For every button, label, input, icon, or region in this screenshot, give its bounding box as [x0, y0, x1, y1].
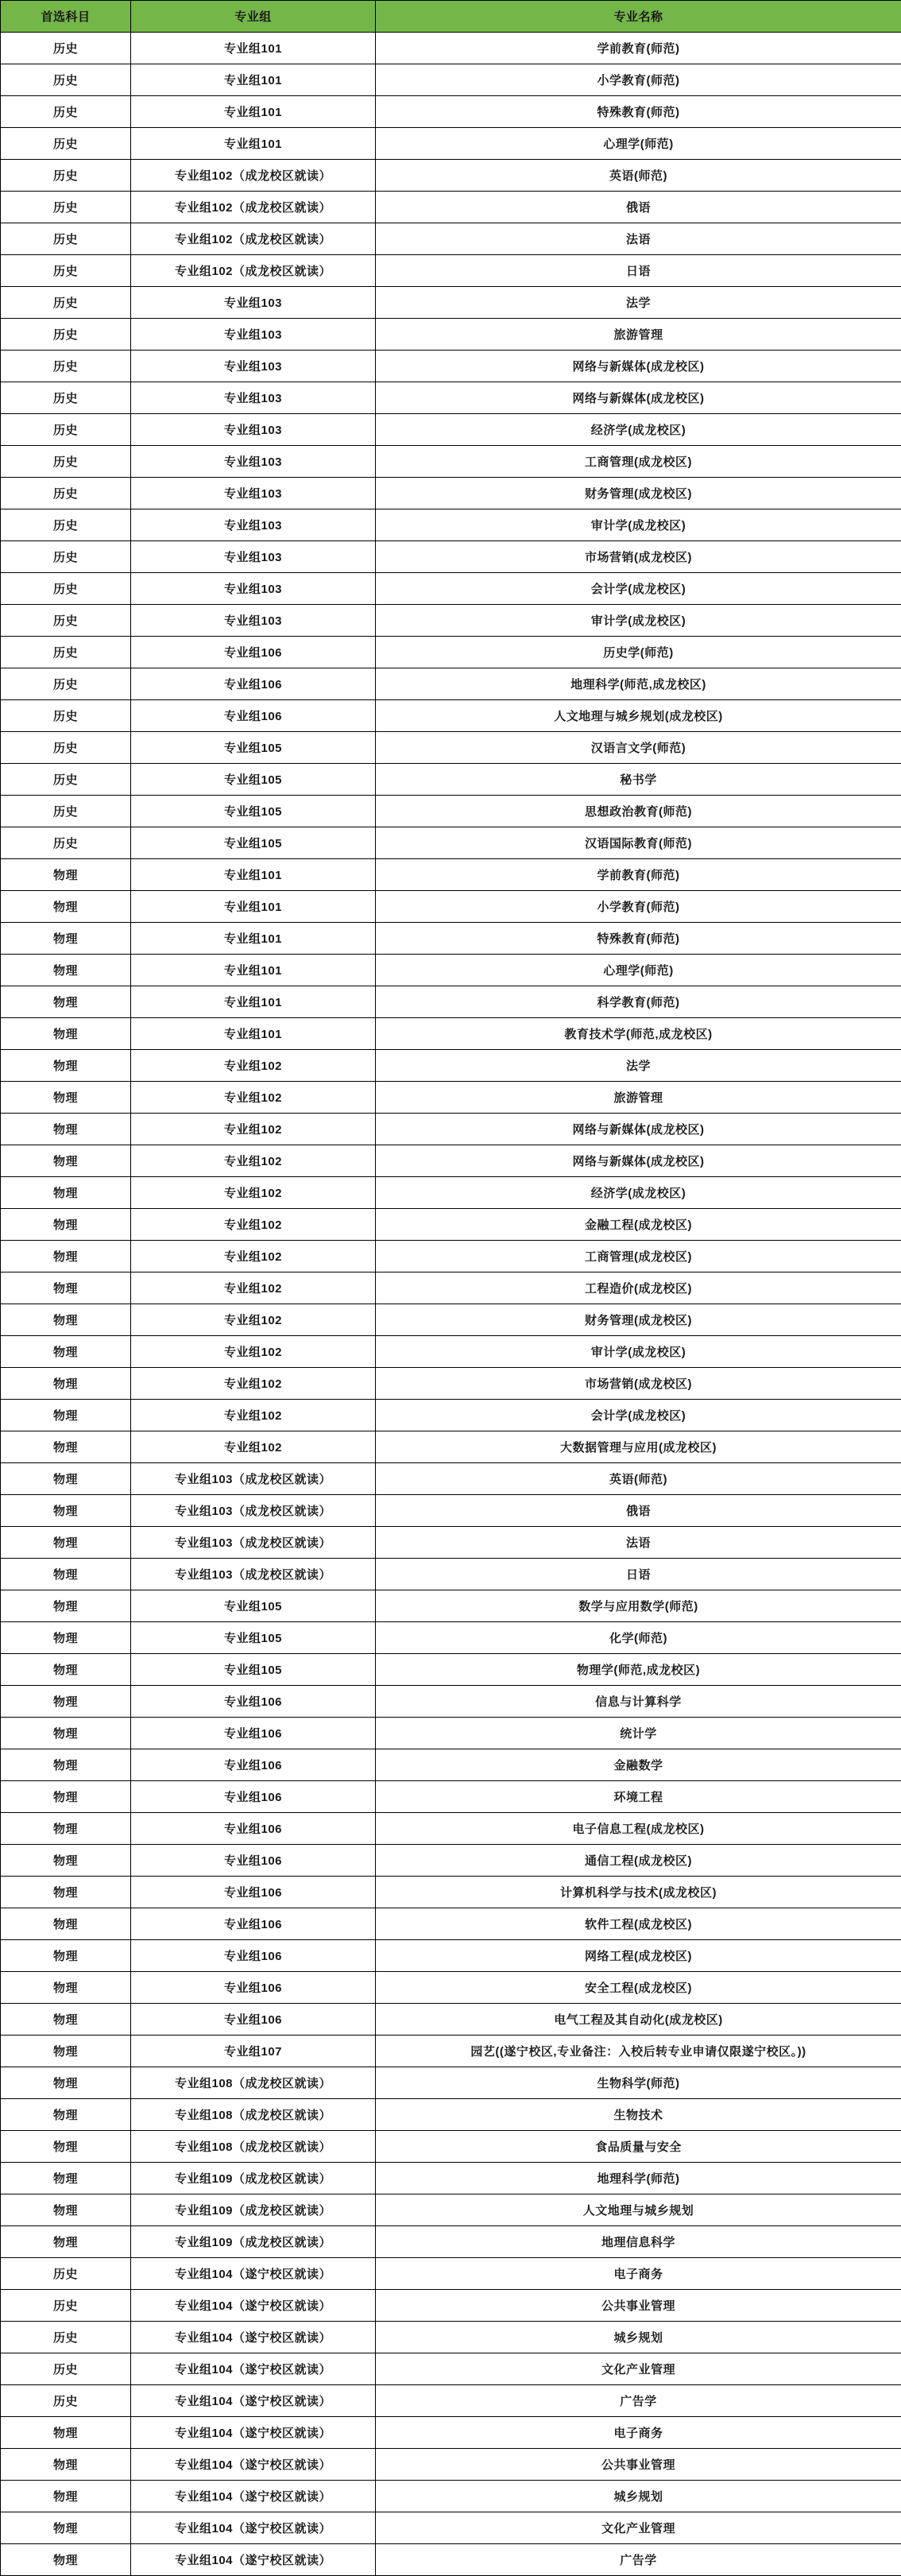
cell-preferred-subject: 历史 — [1, 223, 131, 255]
cell-major-group: 专业组107 — [131, 2036, 376, 2067]
table-row: 物理专业组101心理学(师范) — [1, 955, 901, 986]
table-row: 物理专业组104（遂宁校区就读）广告学 — [1, 2544, 901, 2576]
table-row: 历史专业组102（成龙校区就读）英语(师范) — [1, 160, 901, 192]
cell-major-name: 心理学(师范) — [376, 128, 901, 160]
cell-preferred-subject: 历史 — [1, 351, 131, 382]
cell-preferred-subject: 历史 — [1, 541, 131, 573]
cell-major-name: 软件工程(成龙校区) — [376, 1908, 901, 1940]
cell-preferred-subject: 物理 — [1, 1050, 131, 1082]
cell-major-name: 特殊教育(师范) — [376, 96, 901, 128]
table-row: 历史专业组104（遂宁校区就读）文化产业管理 — [1, 2353, 901, 2385]
table-row: 历史专业组103审计学(成龙校区) — [1, 605, 901, 637]
cell-major-name: 生物科学(师范) — [376, 2067, 901, 2099]
cell-preferred-subject: 历史 — [1, 605, 131, 637]
cell-major-name: 思想政治教育(师范) — [376, 796, 901, 827]
table-row: 物理专业组102法学 — [1, 1050, 901, 1082]
cell-major-group: 专业组104（遂宁校区就读） — [131, 2449, 376, 2481]
cell-major-name: 工程造价(成龙校区) — [376, 1273, 901, 1304]
cell-major-name: 英语(师范) — [376, 160, 901, 192]
cell-preferred-subject: 物理 — [1, 1749, 131, 1781]
cell-preferred-subject: 历史 — [1, 33, 131, 64]
cell-major-name: 大数据管理与应用(成龙校区) — [376, 1431, 901, 1463]
table-row: 物理专业组108（成龙校区就读）食品质量与安全 — [1, 2131, 901, 2163]
cell-preferred-subject: 物理 — [1, 2417, 131, 2449]
cell-major-name: 审计学(成龙校区) — [376, 1336, 901, 1368]
cell-preferred-subject: 物理 — [1, 1114, 131, 1145]
cell-major-name: 历史学(师范) — [376, 637, 901, 668]
cell-major-group: 专业组101 — [131, 891, 376, 923]
table-row: 历史专业组102（成龙校区就读）俄语 — [1, 192, 901, 223]
cell-preferred-subject: 物理 — [1, 1241, 131, 1273]
cell-major-name: 网络与新媒体(成龙校区) — [376, 351, 901, 382]
cell-major-name: 旅游管理 — [376, 1082, 901, 1114]
table-row: 物理专业组102经济学(成龙校区) — [1, 1177, 901, 1209]
cell-preferred-subject: 历史 — [1, 478, 131, 509]
table-row: 物理专业组102审计学(成龙校区) — [1, 1336, 901, 1368]
cell-major-group: 专业组104（遂宁校区就读） — [131, 2322, 376, 2353]
table-row: 物理专业组103（成龙校区就读）日语 — [1, 1559, 901, 1590]
cell-preferred-subject: 物理 — [1, 891, 131, 923]
cell-major-group: 专业组103 — [131, 478, 376, 509]
header-preferred-subject: 首选科目 — [1, 1, 131, 33]
cell-major-group: 专业组106 — [131, 1686, 376, 1718]
cell-major-group: 专业组106 — [131, 637, 376, 668]
cell-major-group: 专业组105 — [131, 827, 376, 859]
table-row: 物理专业组102金融工程(成龙校区) — [1, 1209, 901, 1241]
table-row: 物理专业组103（成龙校区就读）英语(师范) — [1, 1463, 901, 1495]
table-row: 物理专业组108（成龙校区就读）生物技术 — [1, 2099, 901, 2131]
cell-major-group: 专业组103 — [131, 446, 376, 478]
cell-preferred-subject: 物理 — [1, 1908, 131, 1940]
cell-major-name: 地理科学(师范,成龙校区) — [376, 668, 901, 700]
cell-preferred-subject: 物理 — [1, 859, 131, 891]
cell-major-group: 专业组106 — [131, 1972, 376, 2004]
cell-preferred-subject: 物理 — [1, 1463, 131, 1495]
table-row: 物理专业组101学前教育(师范) — [1, 859, 901, 891]
table-row: 物理专业组104（遂宁校区就读）电子商务 — [1, 2417, 901, 2449]
cell-major-name: 化学(师范) — [376, 1622, 901, 1654]
table-row: 物理专业组101教育技术学(师范,成龙校区) — [1, 1018, 901, 1050]
cell-preferred-subject: 物理 — [1, 2036, 131, 2067]
cell-major-name: 秘书学 — [376, 764, 901, 796]
cell-preferred-subject: 历史 — [1, 827, 131, 859]
table-row: 历史专业组105思想政治教育(师范) — [1, 796, 901, 827]
table-row: 历史专业组103工商管理(成龙校区) — [1, 446, 901, 478]
table-row: 物理专业组104（遂宁校区就读）公共事业管理 — [1, 2449, 901, 2481]
cell-major-name: 法学 — [376, 1050, 901, 1082]
cell-preferred-subject: 物理 — [1, 2544, 131, 2576]
cell-major-group: 专业组104（遂宁校区就读） — [131, 2512, 376, 2544]
cell-preferred-subject: 历史 — [1, 64, 131, 96]
cell-preferred-subject: 历史 — [1, 2290, 131, 2322]
cell-preferred-subject: 物理 — [1, 1177, 131, 1209]
cell-major-group: 专业组106 — [131, 700, 376, 732]
cell-major-group: 专业组103 — [131, 351, 376, 382]
cell-preferred-subject: 历史 — [1, 192, 131, 223]
table-row: 历史专业组102（成龙校区就读）法语 — [1, 223, 901, 255]
table-row: 物理专业组102财务管理(成龙校区) — [1, 1304, 901, 1336]
cell-major-group: 专业组106 — [131, 1813, 376, 1845]
cell-major-group: 专业组102（成龙校区就读） — [131, 160, 376, 192]
table-row: 物理专业组106安全工程(成龙校区) — [1, 1972, 901, 2004]
cell-preferred-subject: 物理 — [1, 1718, 131, 1749]
cell-major-group: 专业组104（遂宁校区就读） — [131, 2417, 376, 2449]
cell-major-group: 专业组101 — [131, 986, 376, 1018]
cell-preferred-subject: 物理 — [1, 923, 131, 955]
cell-major-name: 物理学(师范,成龙校区) — [376, 1654, 901, 1686]
cell-preferred-subject: 历史 — [1, 700, 131, 732]
cell-major-group: 专业组102 — [131, 1114, 376, 1145]
cell-preferred-subject: 历史 — [1, 255, 131, 287]
cell-preferred-subject: 物理 — [1, 1972, 131, 2004]
cell-major-name: 学前教育(师范) — [376, 859, 901, 891]
table-row: 历史专业组101学前教育(师范) — [1, 33, 901, 64]
cell-major-group: 专业组102（成龙校区就读） — [131, 223, 376, 255]
cell-preferred-subject: 物理 — [1, 2194, 131, 2226]
cell-preferred-subject: 物理 — [1, 1622, 131, 1654]
cell-preferred-subject: 物理 — [1, 955, 131, 986]
header-row: 首选科目 专业组 专业名称 — [1, 1, 901, 33]
cell-preferred-subject: 物理 — [1, 1336, 131, 1368]
cell-major-group: 专业组103 — [131, 319, 376, 351]
table-row: 历史专业组106人文地理与城乡规划(成龙校区) — [1, 700, 901, 732]
cell-major-name: 俄语 — [376, 1495, 901, 1527]
table-row: 物理专业组109（成龙校区就读）地理科学(师范) — [1, 2163, 901, 2194]
table-row: 物理专业组102旅游管理 — [1, 1082, 901, 1114]
cell-major-name: 人文地理与城乡规划(成龙校区) — [376, 700, 901, 732]
cell-major-group: 专业组103（成龙校区就读） — [131, 1463, 376, 1495]
table-row: 物理专业组102工商管理(成龙校区) — [1, 1241, 901, 1273]
table-row: 物理专业组106电子信息工程(成龙校区) — [1, 1813, 901, 1845]
cell-preferred-subject: 物理 — [1, 2449, 131, 2481]
cell-major-group: 专业组103 — [131, 573, 376, 605]
table-row: 物理专业组102工程造价(成龙校区) — [1, 1273, 901, 1304]
cell-major-name: 日语 — [376, 255, 901, 287]
cell-preferred-subject: 物理 — [1, 1209, 131, 1241]
cell-preferred-subject: 物理 — [1, 1813, 131, 1845]
table-row: 物理专业组105化学(师范) — [1, 1622, 901, 1654]
cell-preferred-subject: 历史 — [1, 446, 131, 478]
cell-major-group: 专业组102 — [131, 1082, 376, 1114]
table-row: 物理专业组105数学与应用数学(师范) — [1, 1590, 901, 1622]
cell-major-name: 园艺((遂宁校区,专业备注：入校后转专业申请仅限遂宁校区。)) — [376, 2036, 901, 2067]
table-row: 物理专业组109（成龙校区就读）人文地理与城乡规划 — [1, 2194, 901, 2226]
table-row: 历史专业组104（遂宁校区就读）城乡规划 — [1, 2322, 901, 2353]
table-row: 物理专业组102网络与新媒体(成龙校区) — [1, 1114, 901, 1145]
table-row: 物理专业组106电气工程及其自动化(成龙校区) — [1, 2004, 901, 2036]
cell-major-group: 专业组103 — [131, 414, 376, 446]
table-row: 物理专业组101科学教育(师范) — [1, 986, 901, 1018]
cell-major-group: 专业组102 — [131, 1241, 376, 1273]
cell-major-group: 专业组102 — [131, 1050, 376, 1082]
table-row: 历史专业组104（遂宁校区就读）电子商务 — [1, 2258, 901, 2290]
cell-major-name: 俄语 — [376, 192, 901, 223]
cell-preferred-subject: 物理 — [1, 1559, 131, 1590]
cell-major-group: 专业组108（成龙校区就读） — [131, 2067, 376, 2099]
table-row: 历史专业组103审计学(成龙校区) — [1, 509, 901, 541]
cell-major-name: 环境工程 — [376, 1781, 901, 1813]
table-row: 物理专业组106软件工程(成龙校区) — [1, 1908, 901, 1940]
cell-major-name: 电子商务 — [376, 2417, 901, 2449]
admission-plan-table: 首选科目 专业组 专业名称 历史专业组101学前教育(师范)历史专业组101小学… — [0, 0, 901, 2576]
table-row: 历史专业组103财务管理(成龙校区) — [1, 478, 901, 509]
cell-major-group: 专业组102 — [131, 1304, 376, 1336]
table-row: 历史专业组104（遂宁校区就读）公共事业管理 — [1, 2290, 901, 2322]
table-row: 物理专业组102会计学(成龙校区) — [1, 1400, 901, 1431]
table-row: 物理专业组106计算机科学与技术(成龙校区) — [1, 1877, 901, 1908]
cell-major-name: 网络与新媒体(成龙校区) — [376, 1114, 901, 1145]
cell-major-group: 专业组103 — [131, 605, 376, 637]
cell-major-group: 专业组101 — [131, 128, 376, 160]
table-row: 物理专业组102市场营销(成龙校区) — [1, 1368, 901, 1400]
cell-major-group: 专业组101 — [131, 64, 376, 96]
cell-major-group: 专业组105 — [131, 1590, 376, 1622]
table-row: 历史专业组106地理科学(师范,成龙校区) — [1, 668, 901, 700]
table-row: 物理专业组107园艺((遂宁校区,专业备注：入校后转专业申请仅限遂宁校区。)) — [1, 2036, 901, 2067]
cell-preferred-subject: 历史 — [1, 319, 131, 351]
cell-major-name: 电子信息工程(成龙校区) — [376, 1813, 901, 1845]
cell-major-name: 小学教育(师范) — [376, 891, 901, 923]
table-row: 物理专业组102大数据管理与应用(成龙校区) — [1, 1431, 901, 1463]
cell-major-group: 专业组102 — [131, 1400, 376, 1431]
cell-preferred-subject: 物理 — [1, 1431, 131, 1463]
cell-major-name: 统计学 — [376, 1718, 901, 1749]
cell-major-group: 专业组108（成龙校区就读） — [131, 2099, 376, 2131]
table-row: 历史专业组103网络与新媒体(成龙校区) — [1, 382, 901, 414]
table-row: 历史专业组105汉语国际教育(师范) — [1, 827, 901, 859]
cell-preferred-subject: 历史 — [1, 414, 131, 446]
cell-major-group: 专业组103（成龙校区就读） — [131, 1495, 376, 1527]
cell-major-name: 生物技术 — [376, 2099, 901, 2131]
cell-major-group: 专业组109（成龙校区就读） — [131, 2226, 376, 2258]
cell-major-name: 城乡规划 — [376, 2481, 901, 2512]
table-row: 物理专业组101特殊教育(师范) — [1, 923, 901, 955]
table-row: 物理专业组101小学教育(师范) — [1, 891, 901, 923]
cell-major-name: 市场营销(成龙校区) — [376, 1368, 901, 1400]
cell-major-group: 专业组105 — [131, 1654, 376, 1686]
cell-major-name: 工商管理(成龙校区) — [376, 446, 901, 478]
cell-major-group: 专业组106 — [131, 1908, 376, 1940]
cell-major-group: 专业组104（遂宁校区就读） — [131, 2258, 376, 2290]
table-row: 物理专业组106通信工程(成龙校区) — [1, 1845, 901, 1877]
cell-major-name: 汉语国际教育(师范) — [376, 827, 901, 859]
cell-major-group: 专业组102 — [131, 1209, 376, 1241]
cell-preferred-subject: 物理 — [1, 2004, 131, 2036]
cell-major-name: 工商管理(成龙校区) — [376, 1241, 901, 1273]
cell-major-group: 专业组101 — [131, 33, 376, 64]
cell-major-name: 小学教育(师范) — [376, 64, 901, 96]
cell-major-name: 科学教育(师范) — [376, 986, 901, 1018]
cell-major-name: 汉语言文学(师范) — [376, 732, 901, 764]
cell-major-name: 会计学(成龙校区) — [376, 1400, 901, 1431]
cell-major-group: 专业组101 — [131, 859, 376, 891]
table-row: 物理专业组103（成龙校区就读）法语 — [1, 1527, 901, 1559]
cell-preferred-subject: 历史 — [1, 382, 131, 414]
cell-preferred-subject: 历史 — [1, 732, 131, 764]
table-row: 物理专业组104（遂宁校区就读）城乡规划 — [1, 2481, 901, 2512]
cell-major-name: 旅游管理 — [376, 319, 901, 351]
cell-preferred-subject: 历史 — [1, 637, 131, 668]
cell-major-group: 专业组102 — [131, 1336, 376, 1368]
cell-preferred-subject: 历史 — [1, 796, 131, 827]
table-row: 历史专业组104（遂宁校区就读）广告学 — [1, 2385, 901, 2417]
cell-major-group: 专业组103（成龙校区就读） — [131, 1559, 376, 1590]
cell-major-name: 安全工程(成龙校区) — [376, 1972, 901, 2004]
cell-major-group: 专业组103（成龙校区就读） — [131, 1527, 376, 1559]
cell-major-group: 专业组103 — [131, 287, 376, 319]
cell-major-name: 通信工程(成龙校区) — [376, 1845, 901, 1877]
cell-major-group: 专业组108（成龙校区就读） — [131, 2131, 376, 2163]
cell-major-name: 地理信息科学 — [376, 2226, 901, 2258]
cell-major-group: 专业组104（遂宁校区就读） — [131, 2544, 376, 2576]
table-row: 历史专业组103市场营销(成龙校区) — [1, 541, 901, 573]
cell-major-name: 特殊教育(师范) — [376, 923, 901, 955]
cell-major-group: 专业组106 — [131, 668, 376, 700]
cell-preferred-subject: 物理 — [1, 1590, 131, 1622]
cell-major-name: 文化产业管理 — [376, 2353, 901, 2385]
table-row: 物理专业组103（成龙校区就读）俄语 — [1, 1495, 901, 1527]
cell-major-group: 专业组106 — [131, 2004, 376, 2036]
table-row: 物理专业组105物理学(师范,成龙校区) — [1, 1654, 901, 1686]
cell-preferred-subject: 物理 — [1, 1273, 131, 1304]
table-row: 物理专业组104（遂宁校区就读）文化产业管理 — [1, 2512, 901, 2544]
cell-major-name: 信息与计算科学 — [376, 1686, 901, 1718]
cell-major-name: 食品质量与安全 — [376, 2131, 901, 2163]
cell-major-name: 法学 — [376, 287, 901, 319]
cell-major-group: 专业组106 — [131, 1877, 376, 1908]
table-row: 物理专业组106统计学 — [1, 1718, 901, 1749]
cell-major-name: 会计学(成龙校区) — [376, 573, 901, 605]
cell-major-name: 教育技术学(师范,成龙校区) — [376, 1018, 901, 1050]
cell-major-group: 专业组102 — [131, 1145, 376, 1177]
table-row: 历史专业组103旅游管理 — [1, 319, 901, 351]
cell-major-name: 网络与新媒体(成龙校区) — [376, 382, 901, 414]
cell-preferred-subject: 物理 — [1, 2163, 131, 2194]
cell-major-name: 计算机科学与技术(成龙校区) — [376, 1877, 901, 1908]
cell-major-name: 公共事业管理 — [376, 2449, 901, 2481]
cell-major-name: 财务管理(成龙校区) — [376, 1304, 901, 1336]
cell-major-name: 广告学 — [376, 2385, 901, 2417]
cell-major-group: 专业组104（遂宁校区就读） — [131, 2290, 376, 2322]
cell-preferred-subject: 历史 — [1, 287, 131, 319]
cell-preferred-subject: 物理 — [1, 1781, 131, 1813]
cell-preferred-subject: 物理 — [1, 1145, 131, 1177]
cell-preferred-subject: 物理 — [1, 2099, 131, 2131]
cell-preferred-subject: 历史 — [1, 96, 131, 128]
cell-preferred-subject: 历史 — [1, 2258, 131, 2290]
cell-major-group: 专业组103 — [131, 541, 376, 573]
cell-major-group: 专业组106 — [131, 1781, 376, 1813]
cell-major-name: 法语 — [376, 223, 901, 255]
cell-preferred-subject: 物理 — [1, 2131, 131, 2163]
cell-major-name: 金融数学 — [376, 1749, 901, 1781]
cell-preferred-subject: 物理 — [1, 1400, 131, 1431]
table-row: 物理专业组106网络工程(成龙校区) — [1, 1940, 901, 1972]
cell-preferred-subject: 物理 — [1, 1527, 131, 1559]
table-row: 物理专业组102网络与新媒体(成龙校区) — [1, 1145, 901, 1177]
table-row: 物理专业组106环境工程 — [1, 1781, 901, 1813]
cell-major-group: 专业组101 — [131, 1018, 376, 1050]
cell-preferred-subject: 物理 — [1, 1495, 131, 1527]
table-row: 历史专业组103经济学(成龙校区) — [1, 414, 901, 446]
cell-major-group: 专业组102（成龙校区就读） — [131, 192, 376, 223]
table-row: 历史专业组101小学教育(师范) — [1, 64, 901, 96]
table-row: 历史专业组103法学 — [1, 287, 901, 319]
cell-major-name: 经济学(成龙校区) — [376, 1177, 901, 1209]
cell-major-name: 数学与应用数学(师范) — [376, 1590, 901, 1622]
cell-preferred-subject: 物理 — [1, 1877, 131, 1908]
cell-major-group: 专业组106 — [131, 1718, 376, 1749]
cell-major-group: 专业组102 — [131, 1177, 376, 1209]
cell-major-group: 专业组101 — [131, 955, 376, 986]
cell-major-group: 专业组102（成龙校区就读） — [131, 255, 376, 287]
cell-preferred-subject: 历史 — [1, 764, 131, 796]
cell-major-name: 电子商务 — [376, 2258, 901, 2290]
cell-preferred-subject: 历史 — [1, 509, 131, 541]
table-row: 历史专业组106历史学(师范) — [1, 637, 901, 668]
table-row: 历史专业组102（成龙校区就读）日语 — [1, 255, 901, 287]
cell-major-name: 网络工程(成龙校区) — [376, 1940, 901, 1972]
cell-preferred-subject: 物理 — [1, 1654, 131, 1686]
header-major-group: 专业组 — [131, 1, 376, 33]
cell-major-name: 文化产业管理 — [376, 2512, 901, 2544]
cell-major-group: 专业组102 — [131, 1431, 376, 1463]
table-row: 历史专业组105汉语言文学(师范) — [1, 732, 901, 764]
cell-preferred-subject: 历史 — [1, 2385, 131, 2417]
cell-major-name: 网络与新媒体(成龙校区) — [376, 1145, 901, 1177]
cell-preferred-subject: 历史 — [1, 573, 131, 605]
cell-major-name: 学前教育(师范) — [376, 33, 901, 64]
table-body: 历史专业组101学前教育(师范)历史专业组101小学教育(师范)历史专业组101… — [1, 33, 901, 2576]
cell-preferred-subject: 历史 — [1, 2322, 131, 2353]
cell-major-group: 专业组102 — [131, 1273, 376, 1304]
cell-major-group: 专业组105 — [131, 796, 376, 827]
cell-major-group: 专业组105 — [131, 732, 376, 764]
cell-preferred-subject: 物理 — [1, 2481, 131, 2512]
cell-preferred-subject: 物理 — [1, 2067, 131, 2099]
cell-major-group: 专业组105 — [131, 764, 376, 796]
table-row: 历史专业组101心理学(师范) — [1, 128, 901, 160]
cell-major-group: 专业组106 — [131, 1940, 376, 1972]
cell-preferred-subject: 物理 — [1, 2226, 131, 2258]
cell-major-name: 城乡规划 — [376, 2322, 901, 2353]
cell-preferred-subject: 历史 — [1, 668, 131, 700]
cell-major-name: 日语 — [376, 1559, 901, 1590]
cell-major-name: 心理学(师范) — [376, 955, 901, 986]
cell-preferred-subject: 物理 — [1, 2512, 131, 2544]
cell-major-name: 电气工程及其自动化(成龙校区) — [376, 2004, 901, 2036]
table-row: 物理专业组106信息与计算科学 — [1, 1686, 901, 1718]
cell-major-name: 财务管理(成龙校区) — [376, 478, 901, 509]
cell-major-group: 专业组104（遂宁校区就读） — [131, 2385, 376, 2417]
cell-preferred-subject: 物理 — [1, 1018, 131, 1050]
cell-major-group: 专业组105 — [131, 1622, 376, 1654]
cell-major-group: 专业组104（遂宁校区就读） — [131, 2481, 376, 2512]
cell-major-name: 公共事业管理 — [376, 2290, 901, 2322]
cell-major-name: 广告学 — [376, 2544, 901, 2576]
header-major-name: 专业名称 — [376, 1, 901, 33]
cell-major-name: 法语 — [376, 1527, 901, 1559]
cell-preferred-subject: 物理 — [1, 1940, 131, 1972]
table-row: 历史专业组105秘书学 — [1, 764, 901, 796]
cell-preferred-subject: 物理 — [1, 1686, 131, 1718]
cell-preferred-subject: 物理 — [1, 1082, 131, 1114]
cell-major-group: 专业组101 — [131, 96, 376, 128]
cell-preferred-subject: 物理 — [1, 1368, 131, 1400]
cell-major-group: 专业组109（成龙校区就读） — [131, 2163, 376, 2194]
cell-preferred-subject: 物理 — [1, 1304, 131, 1336]
cell-major-group: 专业组106 — [131, 1749, 376, 1781]
